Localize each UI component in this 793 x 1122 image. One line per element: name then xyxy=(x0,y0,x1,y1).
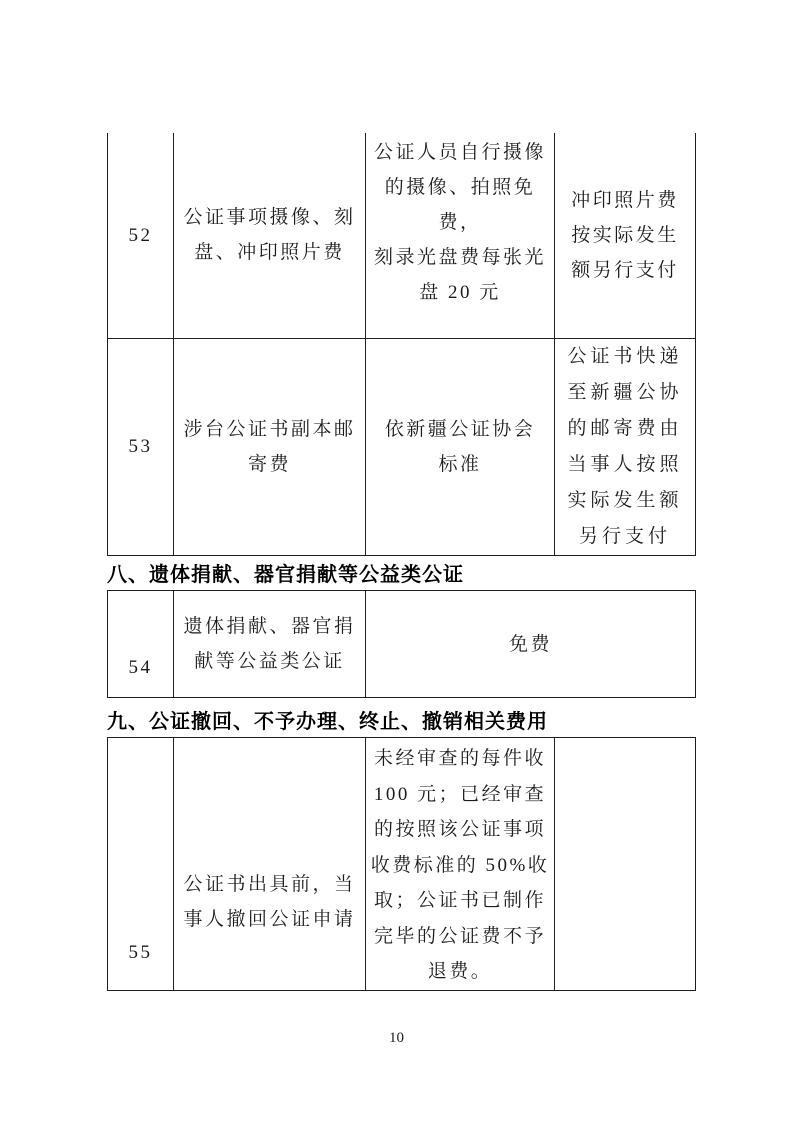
fee-table-continued: 52 公证事项摄像、刻 盘、冲印照片费 公证人员自行摄像 的摄像、拍照免费， 刻… xyxy=(107,133,696,556)
row-53-note: 公证书快递 至新疆公协 的邮寄费由 当事人按照 实际发生额 另行支付 xyxy=(555,338,696,555)
row-53-number: 53 xyxy=(108,338,174,555)
row-55-item: 公证书出具前，当 事人撤回公证申请 xyxy=(174,738,366,991)
table-row-55: 55 公证书出具前，当 事人撤回公证申请 未经审查的每件收 100 元；已经审查… xyxy=(108,738,696,991)
row-55-note xyxy=(555,738,696,991)
section-8-heading: 八、遗体捐献、器官捐献等公益类公证 xyxy=(107,558,747,587)
row-55-fee-standard: 未经审查的每件收 100 元；已经审查 的按照该公证事项 收费标准的 50%收 … xyxy=(366,738,555,991)
row-52-fee-standard: 公证人员自行摄像 的摄像、拍照免费， 刻录光盘费每张光 盘 20 元 xyxy=(366,133,555,338)
fee-table-section-9: 55 公证书出具前，当 事人撤回公证申请 未经审查的每件收 100 元；已经审查… xyxy=(107,737,696,991)
page-number: 10 xyxy=(0,1030,793,1047)
row-52-item: 公证事项摄像、刻 盘、冲印照片费 xyxy=(174,133,366,338)
row-54-number: 54 xyxy=(108,591,174,698)
section-9-heading: 九、公证撤回、不予办理、终止、撤销相关费用 xyxy=(107,705,747,734)
table-row-53: 53 涉台公证书副本邮 寄费 依新疆公证协会 标准 公证书快递 至新疆公协 的邮… xyxy=(108,338,696,555)
row-53-item: 涉台公证书副本邮 寄费 xyxy=(174,338,366,555)
row-52-note: 冲印照片费 按实际发生 额另行支付 xyxy=(555,133,696,338)
row-53-fee-standard: 依新疆公证协会 标准 xyxy=(366,338,555,555)
table-row-54: 54 遗体捐献、器官捐 献等公益类公证 免费 xyxy=(108,591,696,698)
row-54-item: 遗体捐献、器官捐 献等公益类公证 xyxy=(174,591,366,698)
table-row-52: 52 公证事项摄像、刻 盘、冲印照片费 公证人员自行摄像 的摄像、拍照免费， 刻… xyxy=(108,133,696,338)
document-page: 52 公证事项摄像、刻 盘、冲印照片费 公证人员自行摄像 的摄像、拍照免费， 刻… xyxy=(0,0,793,1122)
fee-table-section-8: 54 遗体捐献、器官捐 献等公益类公证 免费 xyxy=(107,590,696,698)
row-55-number: 55 xyxy=(108,738,174,991)
row-54-fee-standard: 免费 xyxy=(366,591,696,698)
row-52-number: 52 xyxy=(108,133,174,338)
